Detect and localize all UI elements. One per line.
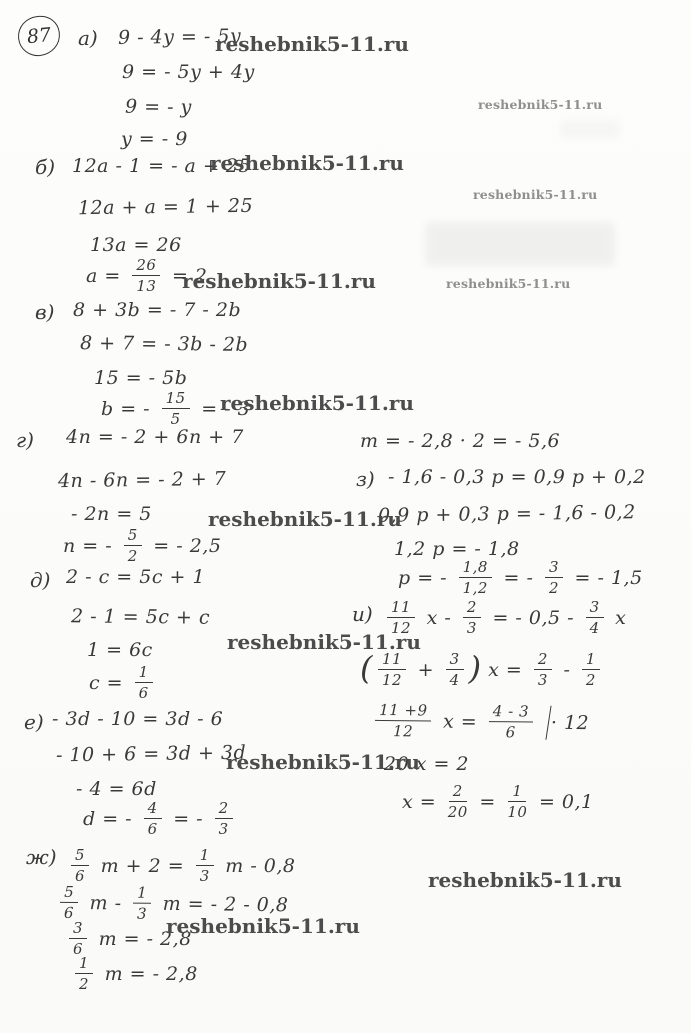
equation-line: c = 16 [89, 663, 158, 702]
equation-text: 9 = - y [125, 96, 192, 119]
fraction-numerator: 1 [582, 650, 600, 670]
fraction-denominator: 10 [507, 802, 527, 821]
equation-line: 12a + a = 1 + 25 [78, 195, 253, 219]
multiplier-note: · 12 [551, 711, 589, 733]
equation-line: 2 - 1 = 5c + c [71, 605, 210, 628]
equation-line: 0,9 p + 0,3 p = - 1,6 - 0,2 [378, 501, 636, 527]
equation-text: m = - 2 - 0,8 [156, 892, 289, 915]
equation-text: a = [86, 265, 127, 287]
equation-text: = 0,1 [532, 791, 593, 813]
fraction: 2613 [132, 256, 160, 295]
fraction: 155 [162, 389, 190, 428]
fraction: 12 [75, 954, 93, 993]
fraction: 56 [71, 846, 89, 885]
equation-text: m + 2 = [94, 855, 191, 877]
equation-text: d = - [83, 808, 139, 830]
fraction-denominator: 12 [382, 670, 402, 689]
equation-text: 9 = - 5y + 4y [122, 61, 255, 83]
equation-line: 1 = 6c [87, 639, 153, 661]
equation-line: 9 = - y [125, 96, 192, 119]
fraction: 16 [135, 663, 153, 702]
equation-line: 4n - 6n = - 2 + 7 [58, 468, 227, 492]
part-label-a: а) [78, 26, 98, 50]
fraction-denominator: 2 [128, 546, 138, 565]
fraction: 23 [534, 650, 552, 689]
equation-line: 15 = - 5b [94, 367, 187, 389]
fraction: 110 [507, 782, 527, 821]
equation-line: - 4 = 6d [76, 778, 157, 800]
equation-text: = - 2,5 [147, 535, 222, 557]
equation-line: (1112 + 34) x = 23 - 12 [360, 650, 605, 689]
watermark-large-3: reshebnik5-11.ru [182, 269, 376, 293]
equation-line: 8 + 3b = - 7 - 2b [73, 299, 241, 321]
fraction-numerator: 4 [144, 799, 162, 819]
fraction-numerator: 5 [124, 526, 142, 546]
fraction: 1,81,2 [459, 558, 492, 597]
part-label-v: в) [35, 300, 54, 324]
equation-text: x = [436, 710, 483, 732]
fraction: 220 [448, 782, 468, 821]
fraction-numerator: 1 [75, 954, 93, 974]
fraction: 23 [463, 598, 481, 637]
watermark-large-2: reshebnik5-11.ru [210, 151, 404, 175]
fraction-numerator: 2 [463, 598, 481, 618]
equation-text: 13a = 26 [90, 234, 182, 256]
scanned-solution-page: 87 а) 9 - 4y = - 5y 9 = - 5y + 4y 9 = - … [0, 0, 691, 1033]
equation-text: - 10 + 6 = 3d + 3d [56, 742, 247, 767]
fraction-numerator: 1 [196, 846, 214, 866]
fraction-denominator: 3 [200, 866, 210, 885]
equation-line: 13a = 26 [90, 234, 182, 256]
fraction: 34 [586, 598, 604, 637]
equation-text: c = [89, 672, 130, 694]
equation-line: 2 - c = 5c + 1 [66, 566, 205, 588]
part-label-d: д) [30, 568, 50, 592]
equation-text: m - 0,8 [219, 855, 296, 877]
equation-text: x [609, 607, 627, 629]
equation-line: 1,2 p = - 1,8 [394, 538, 520, 560]
equation-text: = - 0,5 - [486, 607, 581, 629]
fraction: 52 [124, 526, 142, 565]
paren: ( [360, 652, 373, 684]
equation-line: 12 m = - 2,8 [70, 954, 198, 993]
equation-text: = [473, 791, 503, 813]
fraction-denominator: 2 [586, 670, 596, 689]
equation-text: = - [167, 808, 210, 830]
fraction-numerator: 26 [132, 256, 160, 276]
fraction-denominator: 3 [219, 819, 229, 838]
fraction-denominator: 6 [506, 722, 516, 741]
equation-text: x - [420, 607, 458, 629]
equation-line: - 2n = 5 [71, 503, 152, 525]
fraction-numerator: 5 [60, 883, 78, 903]
fraction-numerator: 3 [586, 598, 604, 618]
fraction-denominator: 4 [450, 670, 460, 689]
part-label-b: б) [35, 155, 55, 179]
fraction-numerator: 11 +9 [375, 701, 432, 722]
scan-artifact [560, 120, 620, 138]
part-label-zh: ж) [26, 845, 57, 869]
equation-text: 4n - 6n = - 2 + 7 [58, 468, 227, 492]
equation-line: - 10 + 6 = 3d + 3d [56, 742, 247, 767]
equation-line: 56 m + 2 = 13 m - 0,8 [66, 846, 296, 885]
watermark-large-1: reshebnik5-11.ru [215, 32, 409, 56]
equation-text: 0,9 p + 0,3 p = - 1,6 - 0,2 [378, 501, 636, 527]
equation-text: 2 - c = 5c + 1 [66, 566, 205, 588]
fraction-numerator: 11 [387, 598, 415, 618]
fraction: 36 [69, 919, 87, 958]
watermark-small-2: reshebnik5-11.ru [473, 187, 597, 202]
fraction: 12 [582, 650, 600, 689]
equation-line: 9 = - 5y + 4y [122, 61, 255, 83]
part-label-i: и) [352, 602, 373, 626]
scan-artifact [425, 222, 615, 266]
fraction: 56 [60, 883, 78, 922]
part-label-z: з) [356, 467, 375, 491]
fraction: 13 [133, 884, 151, 923]
watermark-large-5: reshebnik5-11.ru [208, 507, 402, 531]
fraction-numerator: 1,8 [459, 558, 492, 578]
equation-line: 11 +912 x = 4 - 36· 12 [370, 701, 590, 742]
equation-line: p = - 1,81,2 = - 32 = - 1,5 [398, 558, 643, 597]
watermark-large-4: reshebnik5-11.ru [220, 391, 414, 415]
watermark-large-6: reshebnik5-11.ru [227, 630, 421, 654]
equation-text: - 4 = 6d [76, 778, 157, 800]
fraction: 13 [196, 846, 214, 885]
fraction: 1112 [378, 650, 406, 689]
equation-line: y = - 9 [121, 128, 188, 150]
equation-line: d = - 46 = - 23 [83, 799, 238, 838]
fraction-denominator: 12 [393, 721, 413, 740]
fraction-denominator: 13 [136, 276, 156, 295]
equation-text: y = - 9 [121, 128, 188, 150]
fraction-numerator: 3 [446, 650, 464, 670]
fraction-denominator: 6 [139, 683, 149, 702]
equation-text: = - [497, 567, 540, 589]
equation-line: m = - 2,8 · 2 = - 5,6 [360, 430, 560, 452]
equation-text: m = - 2,8 · 2 = - 5,6 [360, 430, 560, 452]
fraction-denominator: 3 [467, 618, 477, 637]
equation-text: p = - [398, 567, 454, 589]
fraction-denominator: 6 [148, 819, 158, 838]
fraction: 32 [545, 558, 563, 597]
fraction-denominator: 2 [79, 974, 89, 993]
fraction-denominator: 4 [590, 618, 600, 637]
fraction: 34 [446, 650, 464, 689]
equation-text: n = - [63, 535, 119, 557]
problem-number-circle: 87 [16, 14, 62, 58]
equation-text: 8 + 3b = - 7 - 2b [73, 299, 241, 321]
part-label-e: е) [24, 710, 44, 734]
equation-text: - 2n = 5 [71, 503, 152, 525]
watermark-large-9: reshebnik5-11.ru [166, 914, 360, 938]
equation-text: m - [83, 892, 128, 914]
paren: ) [469, 652, 482, 684]
equation-text: 8 + 7 = - 3b - 2b [80, 332, 248, 356]
equation-text: 1,2 p = - 1,8 [394, 538, 520, 560]
equation-line: - 1,6 - 0,3 p = 0,9 p + 0,2 [388, 466, 646, 488]
equation-text: m = - 2,8 [98, 963, 198, 985]
equation-line: 4n = - 2 + 6n + 7 [66, 426, 244, 448]
equation-text: - 3d - 10 = 3d - 6 [52, 708, 223, 730]
fraction-denominator: 3 [538, 670, 548, 689]
equation-text: 2 - 1 = 5c + c [71, 605, 210, 628]
equation-line: x = 220 = 110 = 0,1 [402, 782, 594, 821]
fraction: 23 [215, 799, 233, 838]
fraction: 46 [144, 799, 162, 838]
fraction-numerator: 2 [534, 650, 552, 670]
fraction-denominator: 2 [549, 578, 559, 597]
fraction-numerator: 4 - 3 [489, 702, 533, 722]
equation-text: 12a + a = 1 + 25 [78, 195, 253, 219]
fraction-denominator: 20 [448, 802, 468, 821]
fraction-numerator: 1 [133, 884, 151, 904]
fraction-numerator: 1 [135, 663, 153, 683]
fraction-numerator: 1 [508, 782, 526, 802]
equation-text: b = - [101, 398, 157, 420]
watermark-small-3: reshebnik5-11.ru [446, 276, 570, 291]
equation-line: 8 + 7 = - 3b - 2b [80, 332, 248, 356]
fraction: 4 - 36 [489, 702, 534, 741]
equation-line: - 3d - 10 = 3d - 6 [52, 708, 223, 730]
equation-text: - 1,6 - 0,3 p = 0,9 p + 0,2 [388, 466, 646, 488]
equation-text: - [557, 659, 577, 681]
equation-text: 15 = - 5b [94, 367, 187, 389]
part-label-g: г) [16, 428, 34, 452]
fraction-numerator: 3 [69, 919, 87, 939]
watermark-small-1: reshebnik5-11.ru [478, 97, 602, 112]
fraction-numerator: 3 [545, 558, 563, 578]
fraction-numerator: 2 [449, 782, 467, 802]
equation-text: + [411, 659, 441, 681]
watermark-large-8: reshebnik5-11.ru [428, 868, 622, 892]
equation-line: n = - 52 = - 2,5 [63, 526, 221, 565]
problem-number: 87 [26, 24, 52, 48]
equation-text: x = [482, 659, 529, 681]
fraction-denominator: 1,2 [463, 578, 488, 597]
equation-text: 1 = 6c [87, 639, 153, 661]
fraction-numerator: 15 [162, 389, 190, 409]
equation-text: = - 1,5 [568, 567, 643, 589]
watermark-large-7: reshebnik5-11.ru [226, 750, 420, 774]
equation-text: 4n = - 2 + 6n + 7 [66, 426, 244, 448]
fraction-numerator: 2 [215, 799, 233, 819]
equation-text: x = [402, 791, 443, 813]
fraction-numerator: 5 [71, 846, 89, 866]
fraction: 11 +912 [375, 701, 432, 741]
